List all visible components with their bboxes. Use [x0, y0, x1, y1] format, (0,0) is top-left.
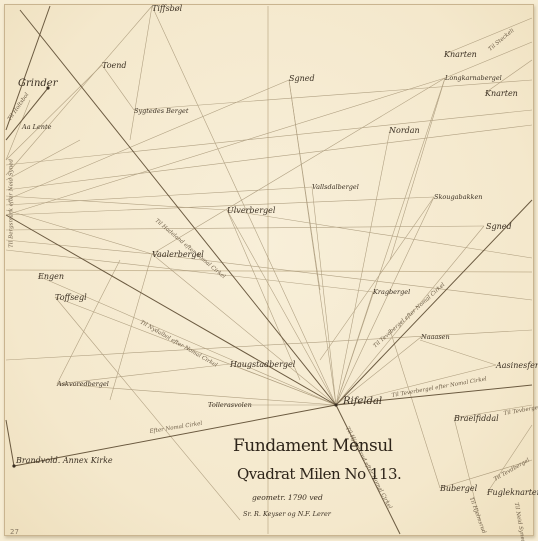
place-label-askvoredbergel: Askvoredbergel [57, 381, 109, 388]
map-sheet: Tiffsbøl Grinder Toend Sygtedes Berget A… [0, 0, 538, 541]
place-label-vallsdalbergel: Vallsdalbergel [312, 184, 359, 191]
place-label-rifeldal: Rifeldal [343, 397, 382, 407]
place-label-aasinesfen: Aasinesfen [496, 362, 538, 370]
map-title: Fundament Mensul [233, 436, 393, 456]
place-label-brandvold-annex-kirke: Brandvold. Annex Kirke [16, 457, 113, 465]
main-survey-line-w [6, 215, 336, 405]
place-label-bubergel: Bubergel [440, 485, 477, 493]
place-label-braelfiddal: Braelfiddal [454, 415, 499, 423]
place-label-aasen: Aa Lente [22, 124, 51, 131]
place-label-engen: Engen [38, 273, 64, 281]
place-label-sgned: Sgned [289, 75, 315, 83]
place-label-tollerasvolen: Tollerasvolen [208, 402, 252, 409]
place-label-haugstadbergel: Haugstadbergel [230, 361, 295, 369]
place-label-sygtedes-berget: Sygtedes Berget [134, 108, 189, 115]
place-label-ulverbergel: Ulverbergel [227, 207, 275, 215]
place-label-fugleknarten: Fugleknarten [487, 489, 538, 497]
grid-line-horizontal [6, 270, 532, 272]
sheet-number: 27 [10, 528, 19, 536]
map-survey-date: geometr. 1790 ved [252, 493, 323, 502]
map-surveyors: Sr. R. Keyser og N.F. Lerer [243, 510, 331, 518]
place-label-knarten: Knarten [444, 51, 477, 59]
place-label-knarten-2: Knarten [485, 90, 518, 98]
place-label-grinder: Grinder [18, 79, 58, 89]
place-label-tiffsbol: Tiffsbøl [152, 5, 182, 13]
place-label-naaasen: Naaasen [421, 334, 450, 341]
place-label-sgned-2: Sgned [486, 223, 512, 231]
map-subtitle: Qvadrat Milen No 113. [237, 465, 401, 483]
place-label-toffsegl: Toffsegl [55, 294, 87, 302]
place-label-toend: Toend [102, 62, 127, 70]
place-label-skougabakken: Skougabakken [434, 194, 482, 201]
station-point-rifeldal [334, 403, 337, 406]
place-label-kragbergel: Kragbergel [373, 289, 410, 296]
line-note-bergsmark: Til Bergsmark efter Neid Syned [9, 159, 15, 248]
place-label-nordan: Nordan [389, 127, 420, 135]
survey-line-edge [6, 420, 14, 466]
place-label-longkarnabergel: Longkarnabergel [445, 75, 502, 82]
